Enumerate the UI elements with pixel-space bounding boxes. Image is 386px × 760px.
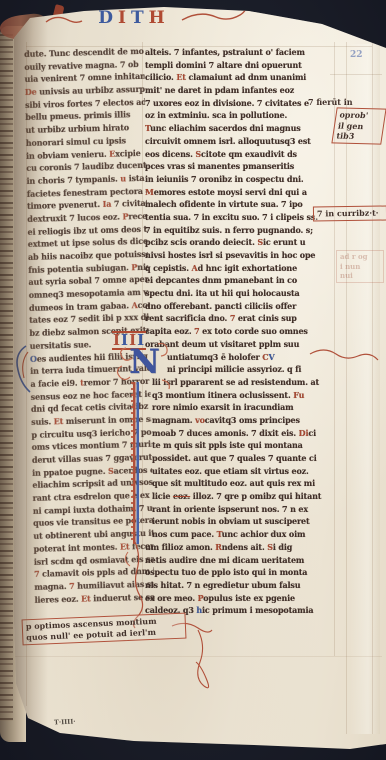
text-line: rent sacrificia dno. 7 erat cinis sup (145, 312, 335, 325)
margin-annotation-box: 7 in curribz·t· (313, 205, 386, 221)
text-line: nis hitat. 7 n egredietur ubum falsu (145, 579, 335, 592)
annotation-line: nui (340, 271, 380, 281)
text-line: pcibz scis orando deiecit. Sic erunt u (145, 236, 335, 249)
ruling-line (372, 42, 373, 734)
annotation-line: ad r og (340, 252, 380, 262)
text-line: ni principi milicie assyrioz. q fi (145, 363, 335, 376)
bottom-annotation-box: p optimos ascensus montiumquos null' ee … (22, 613, 187, 646)
annotation-line: tib3 (336, 130, 379, 142)
quire-signature: T·IIII· (54, 717, 76, 726)
text-line: in ieiuniis 7 oronibz in cospectu dni. (145, 173, 335, 186)
text-line: moab 7 duces amonis. 7 dixit eis. Dici (145, 427, 335, 440)
text-line: Memores estote moysi servi dni qui a (145, 186, 335, 199)
text-line: oz in extminiu. sca in pollutione. (145, 109, 335, 122)
ruling-line (330, 74, 382, 75)
text-line: dno offerebant. pancti ciliciis offer (145, 300, 335, 313)
text-line: que sit multitudo eoz. aut quis rex mi (145, 477, 335, 490)
text-line: rant in oriente ispserunt nos. 7 n ex (145, 503, 335, 516)
right-text-column: alteis. 7 infantes, pstraiunt o' faciemt… (145, 46, 335, 617)
gutter-flourish (12, 342, 32, 400)
ruling-line (346, 42, 347, 734)
text-line: magnam. vocavitq3 oms principes (145, 414, 335, 427)
facing-page-text-texture (0, 34, 13, 721)
text-line: rore nimio exarsit in iracundiam (145, 401, 335, 414)
margin-overflow-text: 7 fierūt in (308, 97, 353, 107)
text-line: ospectu tuo de pplo isto qui in monta (145, 566, 335, 579)
annotation-line: oprob' (339, 109, 382, 121)
text-line: nivsi hostes isrl si psevavitis in hoc o… (145, 249, 335, 262)
text-line: ei depcantes dnm pmanebant in co (145, 274, 335, 287)
text-line: eos dicens. Scitote qm exaudivit ds (145, 148, 335, 161)
text-line: lii isrl ppararent se ad resistendum. at (145, 376, 335, 389)
initial-descender-bar (133, 382, 139, 544)
text-line: orabant deum ut visitaret pplm suu (145, 338, 335, 351)
manuscript-page: DITH 22 dute. Tunc descendit de montibzo… (14, 4, 386, 752)
annotation-line: i nun (340, 262, 380, 272)
text-line: licie eoz. illoz. 7 qre p omibz qui hita… (145, 490, 335, 503)
manuscript-photo: { "page": { "number": "22" }, "running_t… (0, 0, 386, 760)
folio-number: 22 (350, 50, 363, 60)
text-line: possidet. aut que 7 quales 7 quante ci (145, 452, 335, 465)
text-line: netis audire dne mi dicam ueritatem (145, 554, 335, 567)
text-line: uitates eoz. que etiam sit virtus eoz. (145, 465, 335, 478)
text-line: malech ofidente in virtute sua. 7 ipo (145, 198, 335, 211)
text-line: um filioz amon. Rndens ait. Si dig (145, 541, 335, 554)
text-line: capita eoz. 7 ex toto corde suo omnes (145, 325, 335, 338)
text-line: 7 uxores eoz in divisione. 7 civitates e (145, 97, 335, 110)
parchment-sheen (350, 44, 380, 734)
initial-filigree (112, 340, 172, 394)
margin-showthrough-box: ad r ogi nunnui (336, 250, 384, 283)
text-line: pces vras si manentes pmanseritis (145, 160, 335, 173)
text-line: q cepistis. Ad hnc igit exhortatione (145, 262, 335, 275)
text-line: tentia sua. 7 in excitu suo. 7 i clipeis… (145, 211, 335, 224)
text-line: untiatumq3 ē holofer CV (145, 351, 335, 364)
text-line: nos cum pace. Tunc achior dux oim (145, 528, 335, 541)
text-line: ex ore meo. Populus iste ex pgenie (145, 592, 335, 605)
text-line: 7 in equitibz suis. n ferro pugnando. s; (145, 224, 335, 237)
text-line: cilicio. Et clamaiunt ad dnm unanimi (145, 71, 335, 84)
running-title-flourish (42, 10, 262, 32)
text-line: spectu dni. ita ut hii qui holocausta (145, 287, 335, 300)
line-filler-flourish (308, 346, 380, 362)
text-line: alteis. 7 infantes, pstraiunt o' faciem (145, 46, 335, 59)
text-line: mit' ne daret in pdam infantes eoz (145, 84, 335, 97)
text-line: q3 montium itinera oclusissent. Fu (145, 389, 335, 402)
text-line: ierunt nobis in obviam ut susciperet (145, 515, 335, 528)
text-line: circuivit omnem isrl. alloquutusq3 est (145, 135, 335, 148)
text-line: te m quis sit ppls iste qui montana (145, 439, 335, 452)
margin-annotation-box: oprob'il gentib3 (331, 107, 386, 144)
text-line: templi domini 7 altare dni opuerunt (145, 59, 335, 72)
text-line: Tunc eliachim sacerdos dni magnus (145, 122, 335, 135)
